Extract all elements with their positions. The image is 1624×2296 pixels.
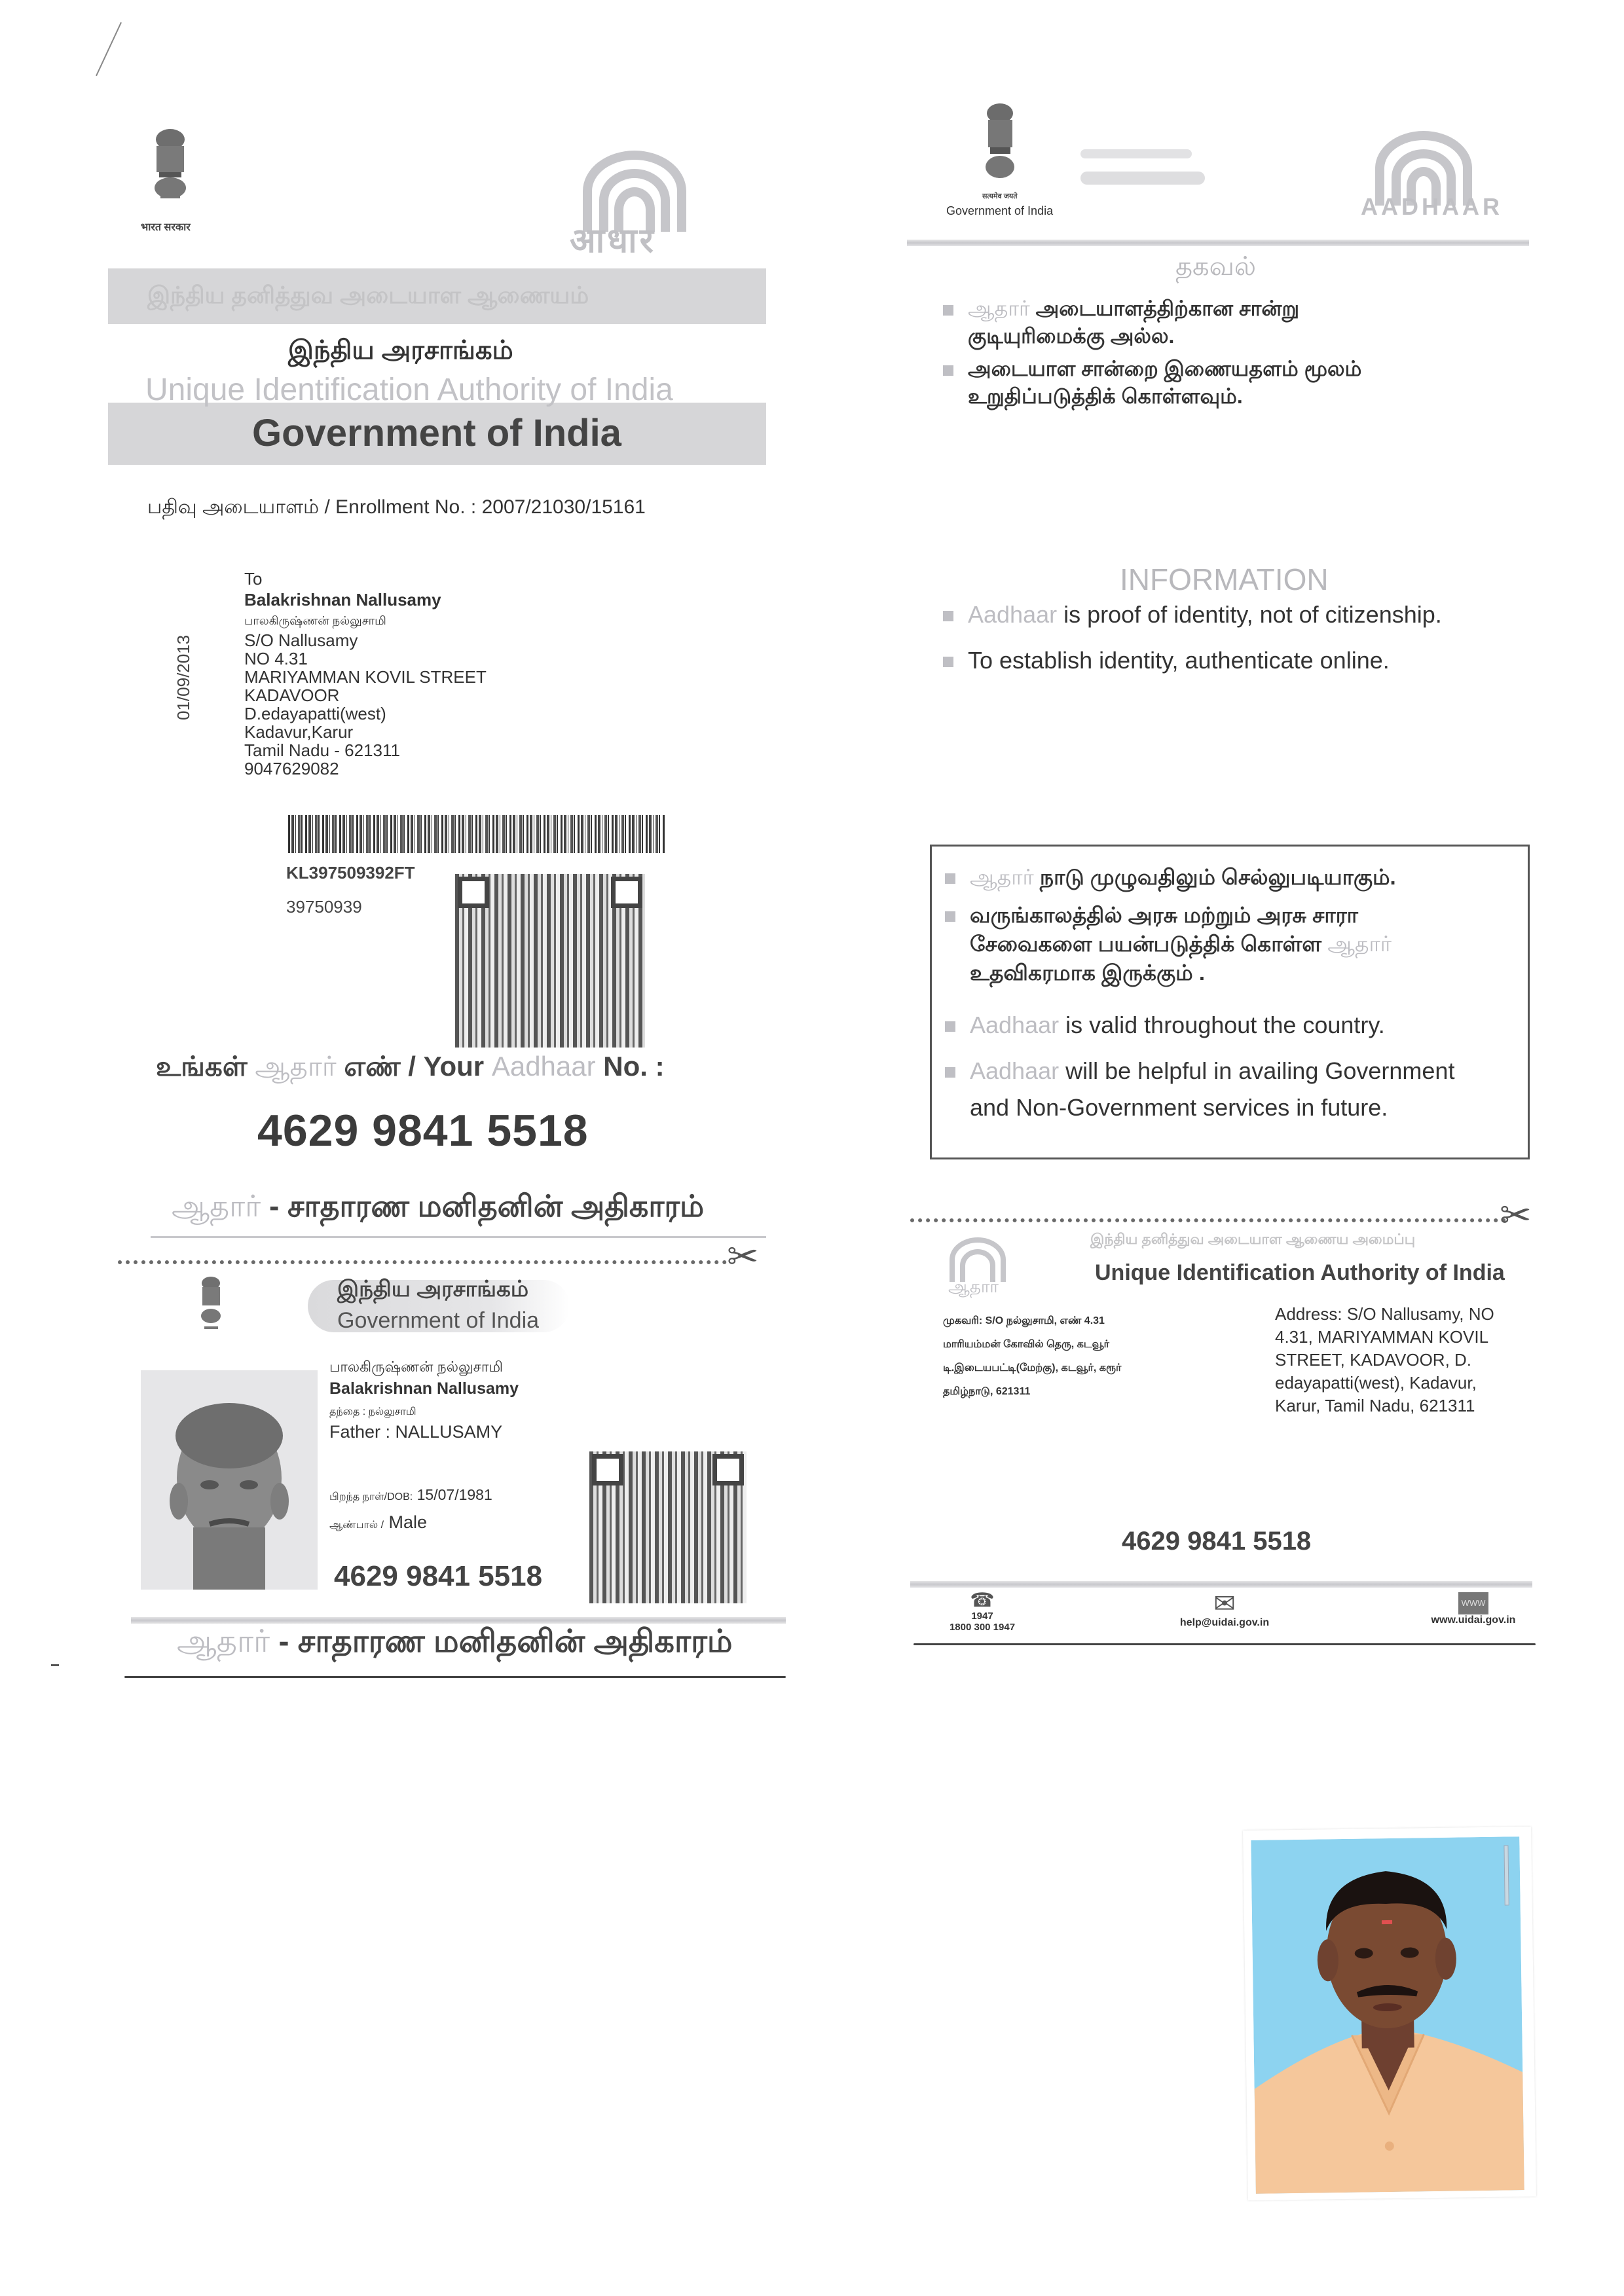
helpline: ☎ 1947 1800 300 1947: [943, 1591, 1022, 1633]
address-tamil: முகவரி: S/O நல்லுசாமி, எண் 4.31 மாரியம்ம…: [943, 1309, 1121, 1404]
address-line: edayapatti(west), Kadavur,: [1275, 1372, 1494, 1394]
back-aadhaar-number: 4629 9841 5518: [1122, 1527, 1311, 1556]
tamil-info-list: ஆதார் அடையாளத்திற்கான சான்று குடியுரிமைக…: [943, 295, 1361, 410]
info-text-part: சேவைகளை பயன்படுத்திக் கொள்ள: [970, 932, 1321, 956]
address-line: Tamil Nadu - 621311: [244, 741, 487, 759]
your-aadhaar-label: உங்கள் ஆதார் எண் / Your Aadhaar No. :: [156, 1051, 665, 1086]
address-line: NO 4.31: [244, 649, 487, 668]
card-divider: [131, 1617, 786, 1624]
emblem-caption: भारत सरकार: [141, 219, 191, 234]
slogan: ஆதார் - சாதாரண மனிதனின் அதிகாரம்: [172, 1188, 704, 1228]
info-text: உறுதிப்படுத்திக் கொள்ளவும்.: [968, 382, 1361, 410]
info-text: To establish identity, authenticate onli…: [968, 647, 1390, 674]
bullet-icon: [945, 911, 955, 922]
address-english: Address: S/O Nallusamy, NO 4.31, MARIYAM…: [1275, 1303, 1494, 1417]
tamil-government-heading: இந்திய அரசாங்கம்: [288, 336, 513, 369]
logo-text-tamil: ஆதார்: [948, 1277, 999, 1299]
scan-mark: [51, 1664, 59, 1666]
email-link[interactable]: help@uidai.gov.in: [1180, 1617, 1269, 1628]
barcode-subcode: 39750939: [286, 897, 362, 917]
aadhaar-number-large: 4629 9841 5518: [257, 1105, 589, 1156]
info-divider: [907, 240, 1529, 246]
scan-line: [96, 22, 122, 76]
card-name-english: Balakrishnan Nallusamy: [329, 1377, 519, 1400]
bullet-icon: [943, 611, 953, 621]
enrollment-label: பதிவு அடையாளம் / Enrollment No. :: [147, 496, 476, 518]
national-emblem-icon: [982, 101, 1018, 190]
scissors-icon: ✂: [727, 1234, 759, 1279]
gender-label: ஆண்பால் /: [329, 1520, 384, 1531]
barcode: [288, 815, 665, 853]
bullet-icon: [943, 657, 953, 667]
header-band-top: இந்திய தனித்துவ அடையாள ஆணையம்: [108, 268, 766, 324]
card-qr-code: [589, 1451, 747, 1603]
helpline-long: 1800 300 1947: [943, 1622, 1022, 1633]
back-divider: [910, 1581, 1532, 1588]
info-text: வருங்காலத்தில் அரசு மற்றும் அரசு சாரா: [970, 903, 1358, 927]
slogan-faint: ஆதார்: [172, 1189, 261, 1223]
address-line-tamil: முகவரி: S/O நல்லுசாமி, எண் 4.31: [943, 1309, 1121, 1333]
english-info-item: To establish identity, authenticate onli…: [943, 645, 1442, 676]
info-text: and Non-Government services in future.: [970, 1089, 1454, 1126]
faint-word: Aadhaar: [968, 601, 1057, 628]
label-part: No. :: [603, 1051, 664, 1082]
address-line: Kadavur,Karur: [244, 723, 487, 741]
www-icon: WWW: [1458, 1592, 1488, 1614]
faint-word: ஆதார்: [970, 865, 1034, 889]
address-line: Karur, Tamil Nadu, 621311: [1275, 1394, 1494, 1417]
aadhaar-logo: आधार: [557, 137, 707, 249]
dob-label: பிறந்த நாள்/DOB:: [329, 1491, 413, 1503]
emblem-caption: सत्यमेव जयते: [982, 191, 1018, 201]
authority-english: Unique Identification Authority of India: [1095, 1260, 1505, 1286]
slogan-text: - சாதாரண மனிதனின் அதிகாரம்: [269, 1189, 704, 1223]
address-line: 4.31, MARIYAMMAN KOVIL: [1275, 1326, 1494, 1349]
bullet-icon: [943, 365, 953, 376]
divider: [151, 1236, 766, 1238]
label-part: எண் / Your: [344, 1051, 484, 1082]
address-line-tamil: தமிழ்நாடு, 621311: [943, 1380, 1121, 1404]
envelope-icon: ✉: [1172, 1591, 1277, 1617]
address-line-tamil: டி.இடையபட்டி(மேற்கு), கடவூர், கரூர்: [943, 1357, 1121, 1380]
slogan-text: - சாதாரண மனிதனின் அதிகாரம்: [278, 1624, 732, 1659]
address-line: Address: S/O Nallusamy, NO: [1275, 1303, 1494, 1326]
address-line: D.edayapatti(west): [244, 704, 487, 723]
slogan-faint: ஆதார்: [177, 1624, 270, 1659]
tamil-info-item: ஆதார் அடையாளத்திற்கான சான்று குடியுரிமைக…: [943, 295, 1361, 350]
faint-word: ஆதார்: [1327, 932, 1392, 956]
info-text: is proof of identity, not of citizenship…: [1063, 601, 1442, 628]
card-bottom-edge: [124, 1676, 786, 1678]
website-link[interactable]: www.uidai.gov.in: [1431, 1614, 1516, 1626]
card-slogan: ஆதார் - சாதாரண மனிதனின் அதிகாரம்: [177, 1624, 733, 1664]
phone-icon: ☎: [943, 1591, 1022, 1611]
address-line: STREET, KADAVOOR, D.: [1275, 1349, 1494, 1372]
faint-word: ஆதார்: [968, 297, 1030, 320]
bullet-icon: [943, 305, 953, 316]
enrollment-number: 2007/21030/15161: [482, 496, 646, 518]
smudge-band: [1080, 149, 1192, 158]
card-aadhaar-number: 4629 9841 5518: [334, 1560, 542, 1593]
label-part: உங்கள்: [156, 1051, 248, 1082]
info-text: குடியுரிமைக்கு அல்ல.: [968, 322, 1361, 350]
card-gender-row: ஆண்பால் / Male: [329, 1512, 427, 1533]
cut-line: [118, 1260, 727, 1264]
label-part-faint: ஆதார்: [255, 1051, 336, 1082]
recipient-address: To Balakrishnan Nallusamy பாலகிருஷ்ணன் ந…: [244, 568, 487, 778]
info-text: சேவைகளை பயன்படுத்திக் கொள்ள ஆதார்: [970, 930, 1454, 958]
scissors-icon: ✂: [1500, 1193, 1532, 1237]
gender-value: Male: [389, 1512, 428, 1532]
info-text: will be helpful in availing Government: [1065, 1057, 1454, 1084]
dob-value: 15/07/1981: [417, 1486, 492, 1503]
bullet-icon: [945, 1021, 955, 1032]
cut-line: [910, 1218, 1506, 1222]
label-part-faint: Aadhaar: [492, 1051, 596, 1082]
national-emblem-icon: [196, 1275, 226, 1334]
recipient-name: Balakrishnan Nallusamy: [244, 589, 487, 610]
card-name-tamil: பாலகிருஷ்ணன் நல்லுசாமி: [329, 1357, 519, 1377]
info-text: is valid throughout the country.: [1065, 1011, 1385, 1038]
barcode-code: KL397509392FT: [286, 863, 415, 883]
card-dob-row: பிறந்த நாள்/DOB: 15/07/1981: [329, 1486, 492, 1504]
address-line: S/O Nallusamy: [244, 631, 487, 649]
address-line-tamil: மாரியம்மன் கோவில் தெரு, கடவூர்: [943, 1333, 1121, 1357]
info-text: அடையாளத்திற்கான சான்று: [1036, 297, 1300, 320]
card-father-english: Father : NALLUSAMY: [329, 1422, 519, 1442]
english-info-item: Aadhaar is proof of identity, not of cit…: [943, 599, 1442, 630]
bullet-icon: [945, 873, 955, 884]
info-text: அடையாள சான்றை இணையதளம் மூலம்: [968, 357, 1361, 380]
photo-scratch: [1504, 1845, 1509, 1905]
national-emblem-icon: [147, 128, 193, 213]
address-line: KADAVOOR: [244, 686, 487, 704]
tamil-info-heading: தகவல்: [1175, 252, 1256, 285]
helpline-short: 1947: [943, 1611, 1022, 1622]
enrollment-row: பதிவு அடையாளம் / Enrollment No. : 2007/2…: [147, 496, 646, 521]
english-info-heading: INFORMATION: [1120, 562, 1329, 597]
aadhaar-logo: AADHAAR: [1356, 118, 1506, 223]
aadhaar-logo-text: AADHAAR: [1361, 193, 1503, 221]
info-box: ஆதார் நாடு முழுவதிலும் செல்லுபடியாகும். …: [930, 845, 1530, 1159]
box-info-item: Aadhaar will be helpful in availing Gove…: [945, 1053, 1454, 1126]
tamil-authority-faint: இந்திய தனித்துவ அடையாள ஆணையம்: [147, 282, 589, 312]
info-text: நாடு முழுவதிலும் செல்லுபடியாகும்.: [1040, 865, 1396, 889]
box-info-item: வருங்காலத்தில் அரசு மற்றும் அரசு சாரா சே…: [945, 901, 1454, 987]
gov-india-caption: Government of India: [946, 204, 1053, 218]
passport-photo: [1243, 1827, 1536, 2200]
government-english-heading: Government of India: [252, 411, 621, 455]
phone-number: 9047629082: [244, 759, 487, 778]
letter-date: 01/09/2013: [174, 635, 194, 720]
box-info-list: ஆதார் நாடு முழுவதிலும் செல்லுபடியாகும். …: [945, 863, 1454, 1126]
email-contact: ✉ help@uidai.gov.in: [1172, 1591, 1277, 1629]
recipient-name-tamil: பாலகிருஷ்ணன் நல்லுசாமி: [244, 610, 487, 631]
faint-word: Aadhaar: [970, 1057, 1059, 1084]
website-contact: WWW www.uidai.gov.in: [1418, 1592, 1529, 1626]
bullet-icon: [945, 1067, 955, 1078]
info-text: உதவிகரமாக இருக்கும் .: [970, 958, 1454, 987]
aadhaar-logo-small: ஆதார்: [943, 1231, 1022, 1303]
faint-word: Aadhaar: [970, 1011, 1059, 1038]
box-info-item: Aadhaar is valid throughout the country.: [945, 1010, 1454, 1041]
card-photo: [141, 1370, 318, 1590]
tamil-authority-faint: இந்திய தனித்துவ அடையாள ஆணைய அமைப்பு: [1090, 1231, 1415, 1250]
address-to: To: [244, 568, 487, 589]
card-father-tamil: தந்தை : நல்லுசாமி: [329, 1402, 519, 1422]
card-tamil-government: இந்திய அரசாங்கம்: [337, 1277, 528, 1305]
address-line: MARIYAMMAN KOVIL STREET: [244, 668, 487, 686]
qr-code: [455, 874, 645, 1048]
tamil-info-item: அடையாள சான்றை இணையதளம் மூலம் உறுதிப்படுத…: [943, 355, 1361, 410]
card-details: பாலகிருஷ்ணன் நல்லுசாமி Balakrishnan Nall…: [329, 1357, 519, 1442]
box-info-item: ஆதார் நாடு முழுவதிலும் செல்லுபடியாகும்.: [945, 863, 1454, 892]
smudge-band: [1080, 172, 1205, 185]
english-info-list: Aadhaar is proof of identity, not of cit…: [943, 599, 1442, 676]
back-bottom-edge: [913, 1643, 1536, 1645]
card-government-english: Government of India: [337, 1308, 539, 1334]
authority-english: Unique Identification Authority of India: [145, 372, 673, 408]
aadhaar-logo-text: आधार: [570, 216, 656, 263]
